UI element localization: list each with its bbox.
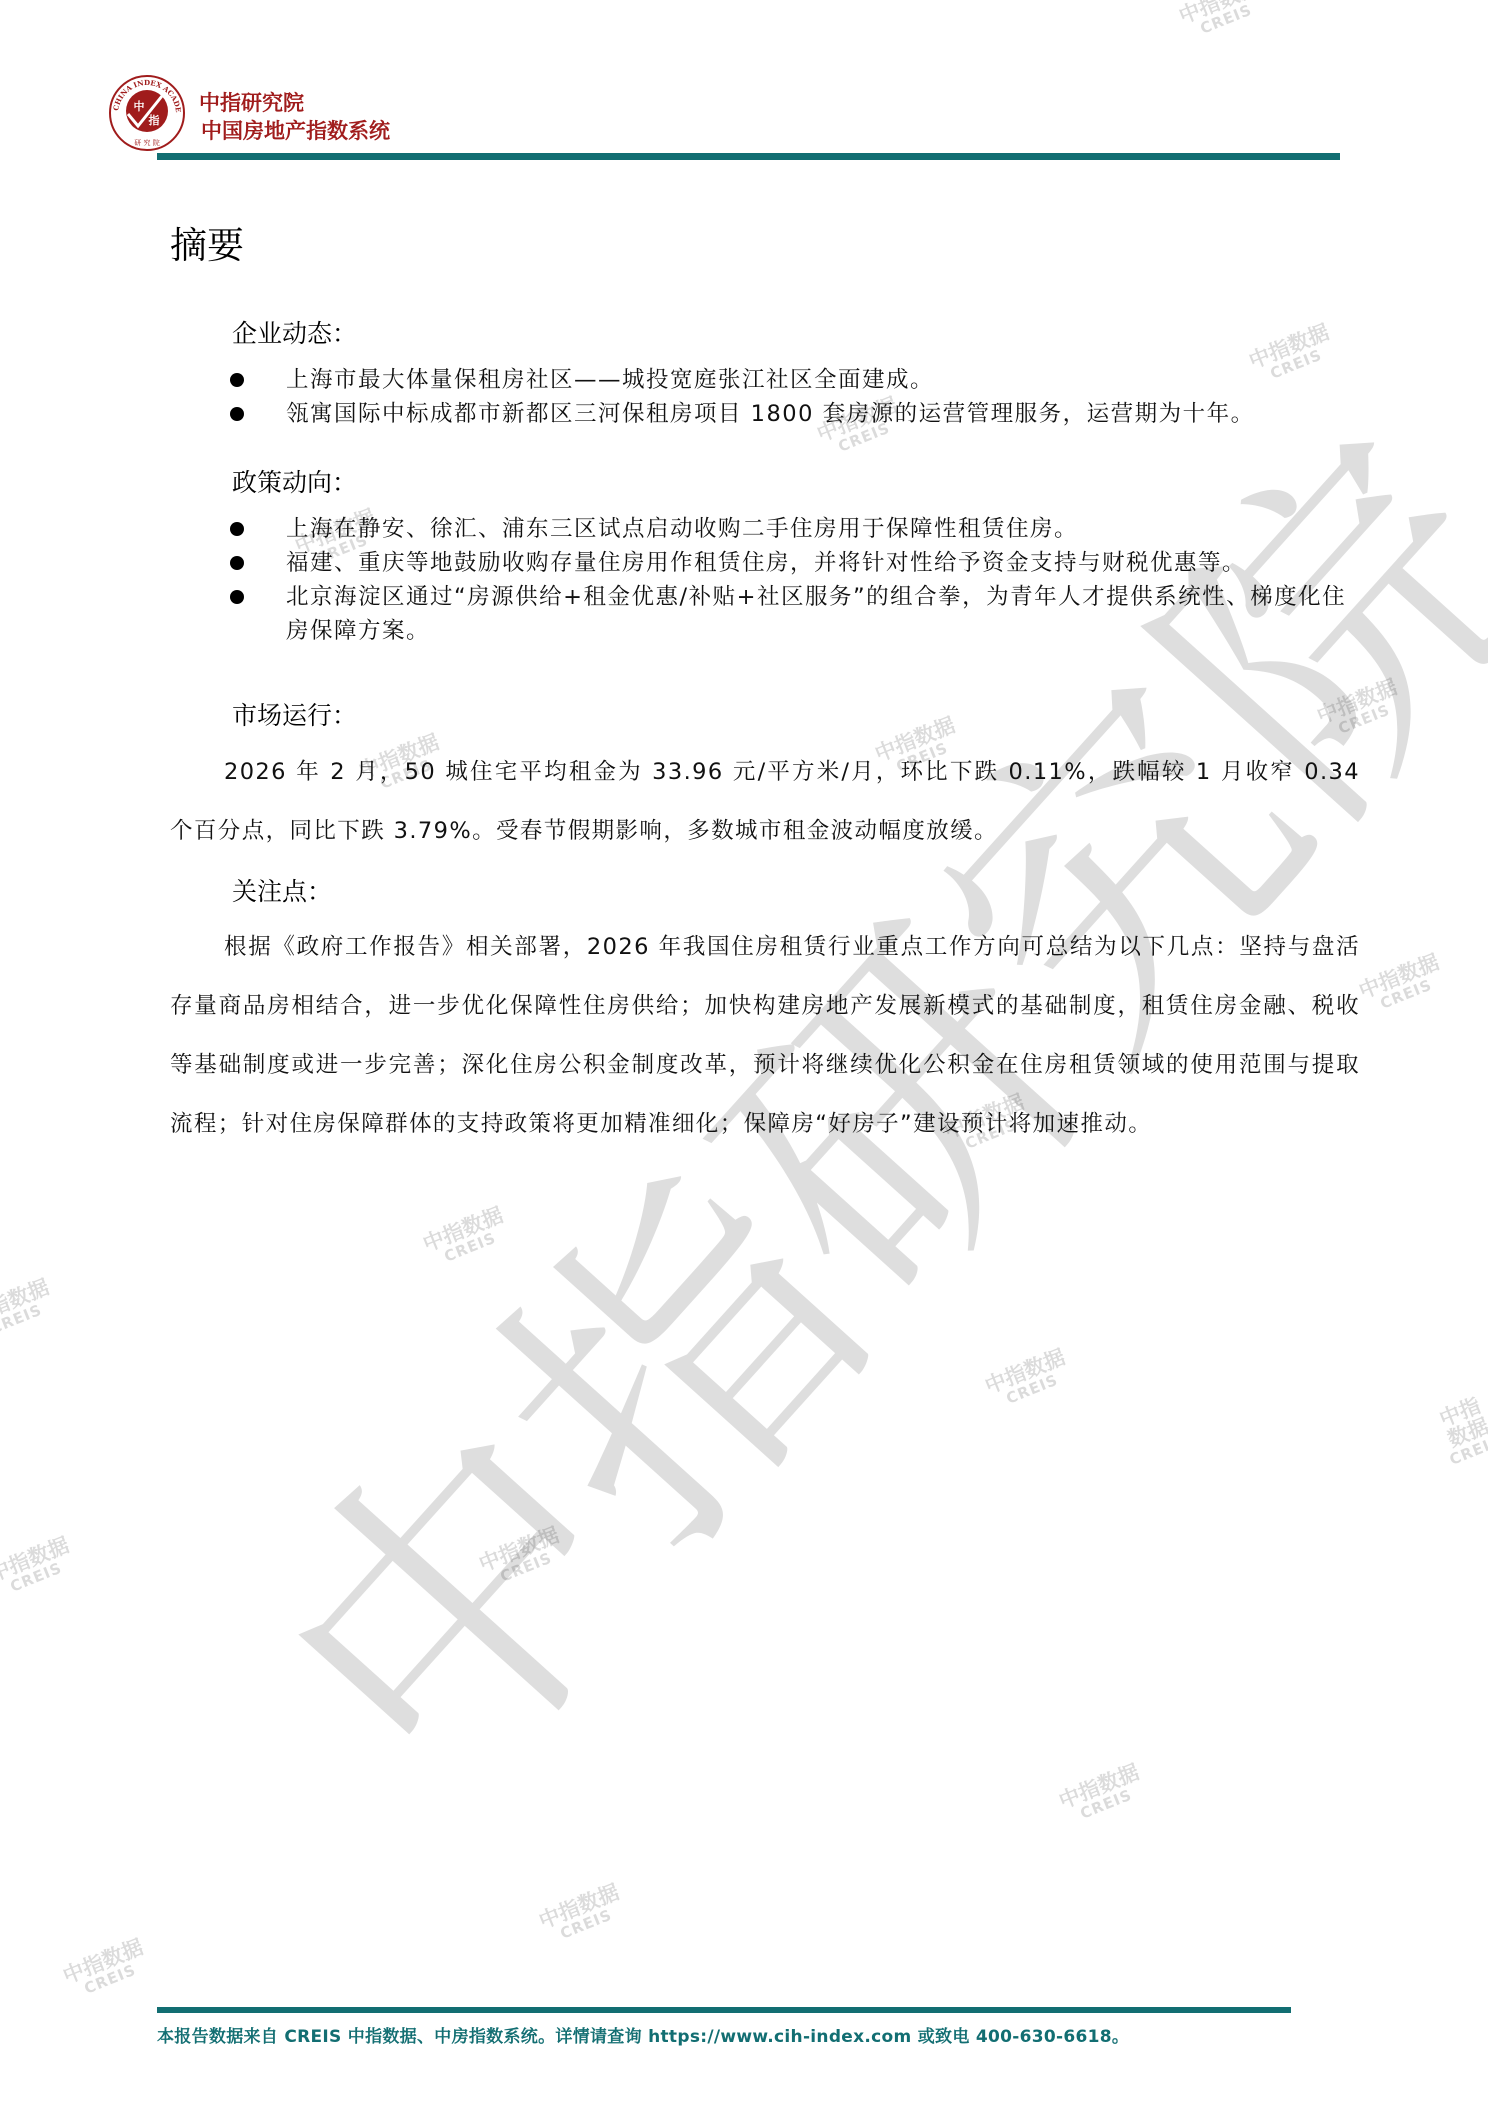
watermark-stamp: 中指数据CREIS: [536, 1881, 628, 1948]
watermark-stamp: 中指数据CREIS: [1056, 1761, 1148, 1828]
brand-block: 中指研究院 中国房地产指数系统: [199, 89, 390, 145]
brand-subtitle: 中国房地产指数系统: [201, 117, 390, 145]
svg-text:研 究 院: 研 究 院: [134, 138, 159, 147]
bullet-icon: [230, 556, 244, 570]
watermark-stamp: 中指数据CREIS: [1356, 951, 1448, 1018]
list-item: 上海市最大体量保租房社区——城投宽庭张江社区全面建成。: [230, 363, 1360, 397]
enterprise-list: 上海市最大体量保租房社区——城投宽庭张江社区全面建成。 瓴寓国际中标成都市新都区…: [230, 363, 1360, 431]
section-heading-policy: 政策动向：: [232, 463, 357, 499]
footer-source-note: 本报告数据来自 CREIS 中指数据、中房指数系统。详情请查询 https://…: [157, 2022, 1129, 2047]
watermark-stamp: 中指数据CREIS: [476, 1524, 568, 1591]
watermark-stamp: 中指数据CREIS: [1176, 0, 1268, 42]
svg-text:指: 指: [149, 113, 160, 127]
market-paragraph: 2026 年 2 月，50 城住宅平均租金为 33.96 元/平方米/月，环比下…: [170, 743, 1360, 861]
section-heading-focus: 关注点：: [232, 872, 332, 908]
footer-divider: [157, 2007, 1291, 2013]
page-title: 摘要: [170, 215, 244, 269]
list-item: 瓴寓国际中标成都市新都区三河保租房项目 1800 套房源的运营管理服务，运营期为…: [230, 397, 1360, 431]
bullet-icon: [230, 373, 244, 387]
watermark-stamp: 中指数据CREIS: [982, 1346, 1074, 1413]
list-item: 北京海淀区通过“房源供给+租金优惠/补贴+社区服务”的组合拳，为青年人才提供系统…: [230, 580, 1360, 648]
brand-name: 中指研究院: [199, 89, 390, 117]
watermark-stamp: 中指数据CREIS: [0, 1534, 78, 1601]
bullet-icon: [230, 590, 244, 604]
section-heading-market: 市场运行：: [232, 696, 357, 732]
header-divider: [157, 153, 1340, 160]
list-item: 上海在静安、徐汇、浦东三区试点启动收购二手住房用于保障性租赁住房。: [230, 512, 1360, 546]
focus-paragraph: 根据《政府工作报告》相关部署，2026 年我国住房租赁行业重点工作方向可总结为以…: [170, 918, 1360, 1154]
list-item: 福建、重庆等地鼓励收购存量住房用作租赁住房，并将针对性给予资金支持与财税优惠等。: [230, 546, 1360, 580]
china-index-academy-logo: 中 指 CHINA INDEX ACADEMY 研 究 院: [108, 74, 186, 152]
svg-text:中: 中: [134, 99, 145, 113]
bullet-icon: [230, 522, 244, 536]
watermark-stamp: 中指数据CREIS: [60, 1936, 152, 2003]
section-heading-enterprise: 企业动态：: [232, 314, 357, 350]
policy-list: 上海在静安、徐汇、浦东三区试点启动收购二手住房用于保障性租赁住房。 福建、重庆等…: [230, 512, 1360, 648]
watermark-stamp: 中指数据CREIS: [0, 1276, 58, 1343]
watermark-stamp: 中指数据CREIS: [1314, 676, 1406, 743]
bullet-icon: [230, 407, 244, 421]
watermark-stamp: 中指数据CREIS: [420, 1204, 512, 1271]
watermark-stamp: 中指数据CREIS: [1431, 1392, 1488, 1468]
